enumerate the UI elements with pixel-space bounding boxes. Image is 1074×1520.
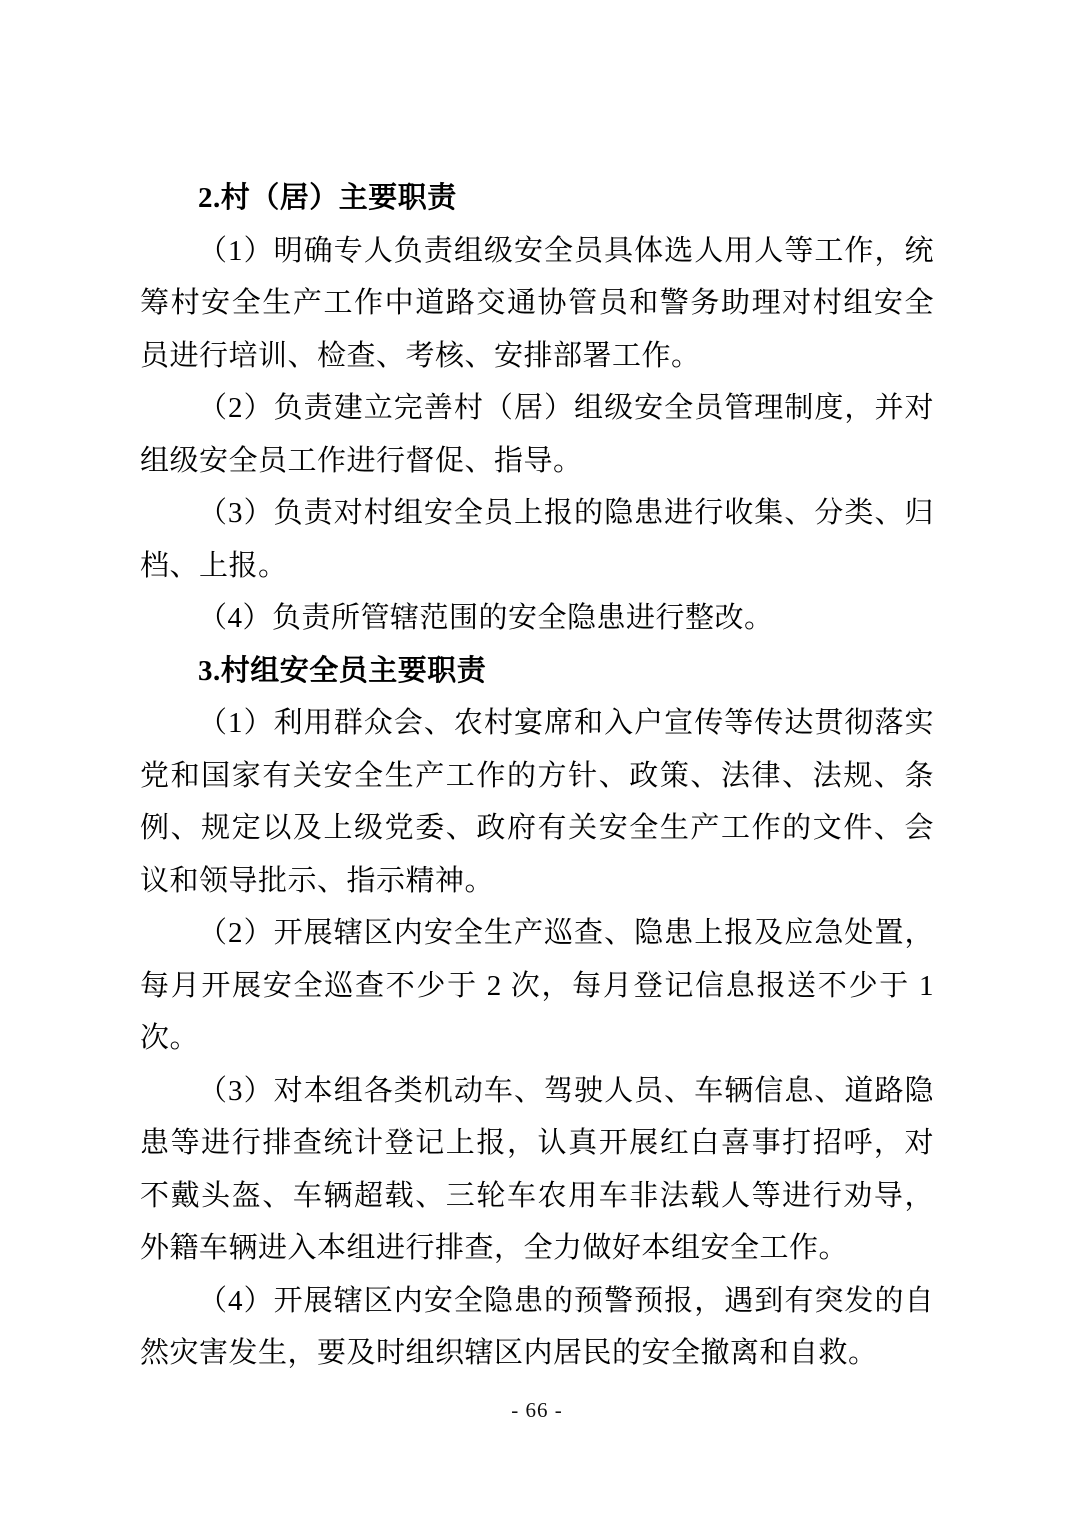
document-body: 2.村（居）主要职责 （1）明确专人负责组级安全员具体选人用人等工作，统筹村安全… bbox=[140, 172, 934, 1380]
paragraph: （2）开展辖区内安全生产巡查、隐患上报及应急处置，每月开展安全巡查不少于 2 次… bbox=[140, 907, 934, 1065]
section-heading-group-safety-officer-duties: 3.村组安全员主要职责 bbox=[140, 645, 934, 698]
section-heading-village-duties: 2.村（居）主要职责 bbox=[140, 172, 934, 225]
paragraph: （4）负责所管辖范围的安全隐患进行整改。 bbox=[140, 592, 934, 645]
page-number: - 66 - bbox=[0, 1398, 1074, 1423]
paragraph: （3）负责对村组安全员上报的隐患进行收集、分类、归档、上报。 bbox=[140, 487, 934, 592]
paragraph: （1）利用群众会、农村宴席和入户宣传等传达贯彻落实党和国家有关安全生产工作的方针… bbox=[140, 697, 934, 907]
paragraph: （2）负责建立完善村（居）组级安全员管理制度，并对组级安全员工作进行督促、指导。 bbox=[140, 382, 934, 487]
paragraph: （3）对本组各类机动车、驾驶人员、车辆信息、道路隐患等进行排查统计登记上报，认真… bbox=[140, 1065, 934, 1275]
paragraph: （4）开展辖区内安全隐患的预警预报，遇到有突发的自然灾害发生，要及时组织辖区内居… bbox=[140, 1275, 934, 1380]
paragraph: （1）明确专人负责组级安全员具体选人用人等工作，统筹村安全生产工作中道路交通协管… bbox=[140, 225, 934, 383]
document-page: 2.村（居）主要职责 （1）明确专人负责组级安全员具体选人用人等工作，统筹村安全… bbox=[0, 0, 1074, 1520]
